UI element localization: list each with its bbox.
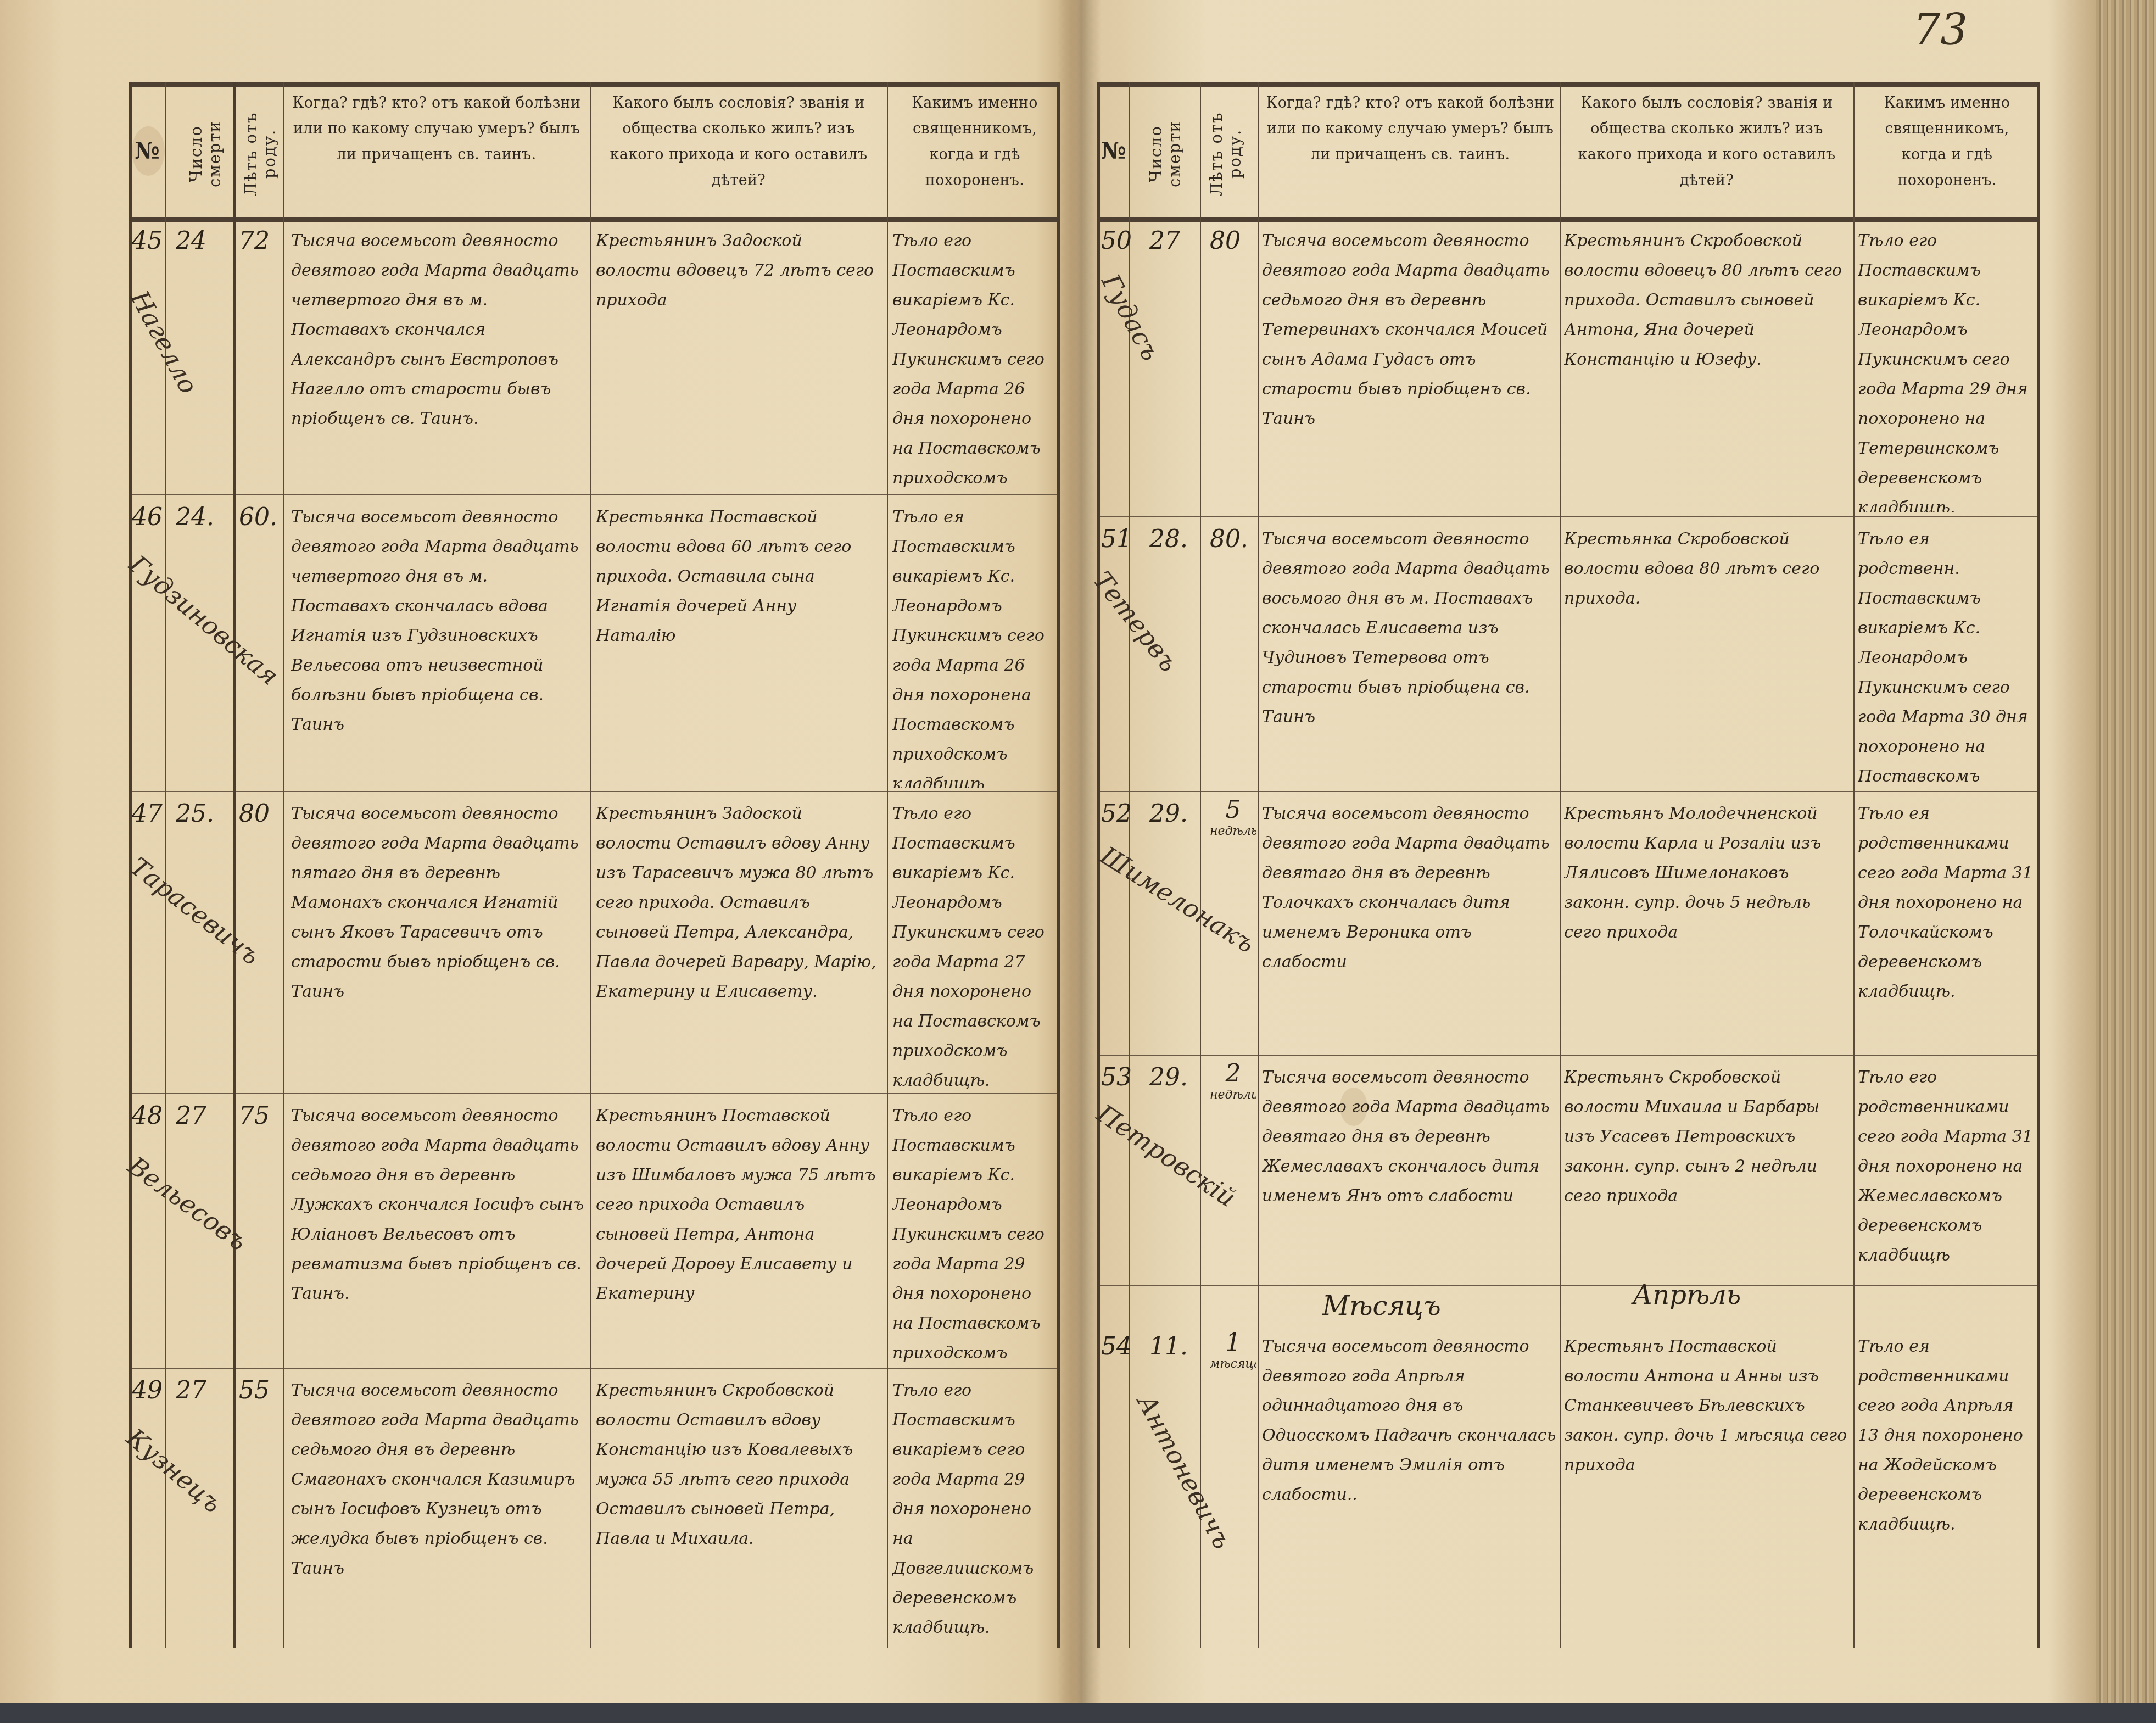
header-bottom-rule	[129, 217, 1057, 222]
margin-surname: Кузнецъ	[121, 1423, 227, 1519]
age: 5 недѣль	[1210, 795, 1256, 838]
death-day: 28.	[1149, 525, 1199, 554]
death-day: 25.	[176, 799, 231, 829]
when-where-who: Тысяча восемьсот девяносто девятого года…	[291, 226, 585, 490]
margin-surname: Гудасъ	[1096, 269, 1166, 366]
page-edges	[2096, 0, 2156, 1703]
age: 80.	[1210, 525, 1256, 554]
margin-surname: Петровскій	[1092, 1099, 1242, 1213]
column-rule	[1057, 82, 1060, 1648]
header-bottom-rule	[1097, 217, 2039, 222]
column-rule	[283, 82, 284, 1648]
column-rule	[1853, 82, 1855, 1648]
column-rule	[2037, 82, 2040, 1648]
margin-surname: Гудзиновская	[124, 549, 284, 691]
age-unit: недѣли	[1210, 1089, 1256, 1102]
estate-family: Крестьянинъ Поставской волости Оставилъ …	[596, 1101, 881, 1365]
estate-family: Крестьянъ Молодечненской волости Карла и…	[1564, 799, 1850, 1052]
row-divider	[1097, 516, 2039, 517]
entry-number: 45.	[132, 226, 165, 256]
header-no: №	[135, 137, 160, 164]
age-value: 1	[1226, 1329, 1241, 1357]
estate-family: Крестьянинъ Задоской волости вдовецъ 72 …	[596, 226, 881, 490]
estate-family: Крестьянка Поставской волости вдова 60 л…	[596, 503, 881, 788]
entry-number: 53.	[1101, 1063, 1131, 1092]
age: 2 недѣли	[1210, 1059, 1256, 1102]
when-where-who: Тысяча восемьсот девяносто девятого года…	[291, 1101, 585, 1365]
column-rule	[233, 82, 236, 1648]
header-estate-family: Какого былъ сословія? званія и общества …	[596, 90, 881, 193]
header-when-where-who: Когда? гдѣ? кто? отъ какой болѣзни или п…	[288, 90, 585, 168]
column-rule	[590, 82, 591, 1648]
priest-burial: Тѣло ея Поставскимъ викаріемъ Кс. Леонар…	[892, 503, 1054, 788]
row-divider	[129, 1368, 1057, 1369]
priest-burial: Тѣло ея родственниками сего года Апрѣля …	[1858, 1332, 2034, 1640]
row-divider	[1097, 1285, 2039, 1286]
when-where-who: Тысяча восемьсот девяносто девятого года…	[1262, 1063, 1556, 1283]
age-value: 5	[1226, 796, 1241, 824]
age-value: 2	[1226, 1060, 1241, 1088]
death-day: 24.	[176, 503, 231, 532]
entry-number: 52.	[1101, 799, 1131, 829]
when-where-who: Тысяча восемьсот девяносто девятого года…	[291, 799, 585, 1090]
column-rule	[1258, 82, 1259, 1648]
age: 55	[239, 1376, 283, 1406]
when-where-who: Тысяча восемьсот девяносто девятого года…	[291, 503, 585, 788]
header-priest-burial: Какимъ именно священникомъ, когда и гдѣ …	[1863, 90, 2031, 193]
age: 80	[1210, 226, 1256, 256]
header-death-day: Число смерти	[1147, 93, 1184, 214]
priest-burial: Тѣло ея родственн. Поставскимъ викаріемъ…	[1858, 525, 2034, 788]
death-day: 27	[176, 1101, 231, 1131]
table-top-rule	[1097, 82, 2039, 87]
death-day: 24	[176, 226, 231, 256]
estate-family: Крестьянинъ Задоской волости Оставилъ вд…	[596, 799, 881, 1090]
header-death-day: Число смерти	[187, 93, 224, 214]
estate-family: Крестьянъ Поставской волости Антона и Ан…	[1564, 1332, 1850, 1640]
header-no: №	[1101, 137, 1126, 164]
row-divider	[129, 494, 1057, 495]
row-divider	[129, 791, 1057, 792]
column-rule	[887, 82, 888, 1648]
when-where-who: Тысяча восемьсот девяносто девятого года…	[1262, 1332, 1556, 1640]
month-heading-name: Апрѣль	[1633, 1280, 1741, 1311]
open-ledger-book: № Число смерти Лѣтъ отъ роду. Когда? гдѣ…	[0, 0, 2156, 1703]
margin-surname: Тетервъ	[1087, 566, 1183, 677]
death-day: 11.	[1149, 1332, 1199, 1362]
margin-surname: Тарасевичъ	[125, 851, 266, 971]
priest-burial: Тѣло его Поставскимъ викаріемъ Кс. Леона…	[892, 1101, 1054, 1365]
table-top-rule	[129, 82, 1057, 87]
estate-family: Крестьянка Скробовской волости вдова 80 …	[1564, 525, 1850, 788]
right-page: 73 № Число смерти Лѣтъ отъ роду. Когда? …	[1078, 0, 2094, 1648]
row-divider	[1097, 791, 2039, 792]
age: 1 мѣсяца	[1210, 1328, 1256, 1371]
entry-number: 47	[132, 799, 165, 829]
estate-family: Крестьянъ Скробовской волости Михаила и …	[1564, 1063, 1850, 1283]
margin-surname: Шимелонакъ	[1095, 840, 1260, 959]
entry-number: 50.	[1101, 226, 1131, 256]
entry-number: 48.	[132, 1101, 165, 1131]
priest-burial: Тѣло его Поставскимъ викаріемъ сего года…	[892, 1376, 1054, 1640]
death-day: 29.	[1149, 799, 1199, 829]
month-heading-label: Мѣсяцъ	[1322, 1291, 1441, 1321]
age: 80	[239, 799, 283, 829]
when-where-who: Тысяча восемьсот девяносто девятого года…	[1262, 226, 1556, 512]
header-estate-family: Какого былъ сословія? званія и общества …	[1564, 90, 1850, 193]
margin-surname: Антоневичъ	[1131, 1390, 1237, 1554]
death-day: 27	[176, 1376, 231, 1406]
when-where-who: Тысяча восемьсот девяносто девятого года…	[1262, 799, 1556, 1052]
left-page: № Число смерти Лѣтъ отъ роду. Когда? гдѣ…	[0, 0, 1076, 1648]
estate-family: Крестьянинъ Скробовской волости Оставилъ…	[596, 1376, 881, 1640]
age: 60.	[239, 503, 283, 532]
header-when-where-who: Когда? гдѣ? кто? отъ какой болѣзни или п…	[1265, 90, 1556, 168]
priest-burial: Тѣло его Поставскимъ викаріемъ Кс. Леона…	[892, 799, 1054, 1090]
priest-burial: Тѣло его Поставскимъ викаріемъ Кс. Леона…	[1858, 226, 2034, 512]
death-day: 29.	[1149, 1063, 1199, 1092]
page-number: 73	[1913, 5, 1968, 55]
priest-burial: Тѣло его Поставскимъ викаріемъ Кс. Леона…	[892, 226, 1054, 490]
age-unit: мѣсяца	[1210, 1358, 1256, 1371]
estate-family: Крестьянинъ Скробовской волости вдовецъ …	[1564, 226, 1850, 512]
when-where-who: Тысяча восемьсот девяносто девятого года…	[1262, 525, 1556, 788]
priest-burial: Тѣло ея родственниками сего года Марта 3…	[1858, 799, 2034, 1052]
header-age: Лѣтъ отъ роду.	[1207, 93, 1245, 214]
header-age: Лѣтъ отъ роду.	[242, 93, 280, 214]
death-day: 27	[1149, 226, 1199, 256]
when-where-who: Тысяча восемьсот девяносто девятого года…	[291, 1376, 585, 1640]
entry-number: 46.	[132, 503, 165, 532]
age-unit: недѣль	[1210, 825, 1256, 838]
entry-number: 54.	[1101, 1332, 1131, 1362]
entry-number: 49.	[132, 1376, 165, 1406]
column-rule	[1560, 82, 1561, 1648]
entry-number: 51.	[1101, 525, 1131, 554]
row-divider	[129, 1093, 1057, 1094]
column-rule	[1200, 82, 1201, 1648]
row-divider	[1097, 1055, 2039, 1056]
priest-burial: Тѣло его родственниками сего года Марта …	[1858, 1063, 2034, 1283]
header-priest-burial: Какимъ именно священникомъ, когда и гдѣ …	[901, 90, 1049, 193]
age: 72	[239, 226, 283, 256]
age: 75	[239, 1101, 283, 1131]
